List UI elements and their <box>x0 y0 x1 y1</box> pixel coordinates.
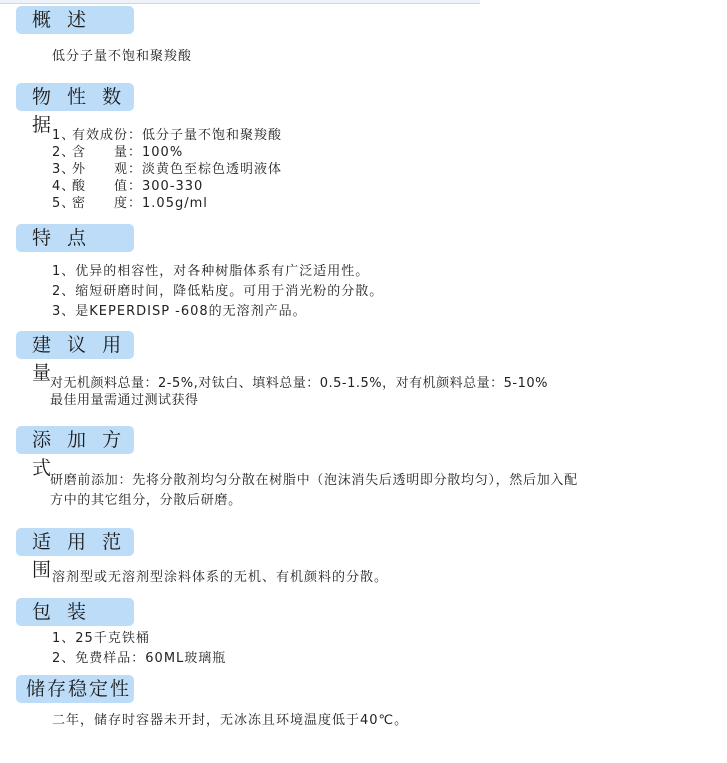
section-title-packaging: 包 装 <box>16 598 134 626</box>
property-row: 4、酸 值：300-330 <box>52 178 282 195</box>
scope-text: 溶剂型或无溶剂型涂料体系的无机、有机颜料的分散。 <box>52 569 388 586</box>
property-row: 2、含 量：100% <box>52 144 282 161</box>
packaging-item: 1、25千克铁桶 <box>52 629 226 649</box>
features-list: 1、优异的相容性，对各种树脂体系有广泛适用性。 2、缩短研磨时间，降低粘度。可用… <box>52 262 383 322</box>
packaging-item: 2、免费样品：60ML玻璃瓶 <box>52 649 226 669</box>
section-title-features: 特 点 <box>16 224 134 252</box>
section-title-scope: 适 用 范 围 <box>16 528 134 556</box>
property-row: 5、密 度：1.05g/ml <box>52 195 282 212</box>
property-row: 1、有效成份：低分子量不饱和聚羧酸 <box>52 127 282 144</box>
addition-text: 研磨前添加：先将分散剂均匀分散在树脂中（泡沫消失后透明即分散均匀），然后加入配 … <box>50 471 578 511</box>
section-title-overview: 概 述 <box>16 6 134 34</box>
section-title-dosage: 建 议 用 量 <box>16 331 134 359</box>
overview-text: 低分子量不饱和聚羧酸 <box>52 48 192 65</box>
property-row: 3、外 观：淡黄色至棕色透明液体 <box>52 161 282 178</box>
dosage-text: 对无机颜料总量：2-5%,对钛白、填料总量：0.5-1.5%，对有机颜料总量：5… <box>50 375 548 409</box>
section-title-properties: 物 性 数 据 <box>16 83 134 111</box>
top-border <box>0 0 480 4</box>
addition-line: 研磨前添加：先将分散剂均匀分散在树脂中（泡沫消失后透明即分散均匀），然后加入配 <box>50 471 578 491</box>
feature-item: 3、是KEPERDISP -608的无溶剂产品。 <box>52 302 383 322</box>
addition-line: 方中的其它组分，分散后研磨。 <box>50 491 578 511</box>
dosage-line: 最佳用量需通过测试获得 <box>50 392 548 409</box>
packaging-list: 1、25千克铁桶 2、免费样品：60ML玻璃瓶 <box>52 629 226 669</box>
section-title-storage: 储存稳定性 <box>16 675 134 703</box>
properties-list: 1、有效成份：低分子量不饱和聚羧酸 2、含 量：100% 3、外 观：淡黄色至棕… <box>52 127 282 212</box>
section-title-addition: 添 加 方 式 <box>16 426 134 454</box>
feature-item: 2、缩短研磨时间，降低粘度。可用于消光粉的分散。 <box>52 282 383 302</box>
storage-text: 二年，储存时容器未开封，无冰冻且环境温度低于40℃。 <box>52 712 408 729</box>
dosage-line: 对无机颜料总量：2-5%,对钛白、填料总量：0.5-1.5%，对有机颜料总量：5… <box>50 375 548 392</box>
feature-item: 1、优异的相容性，对各种树脂体系有广泛适用性。 <box>52 262 383 282</box>
